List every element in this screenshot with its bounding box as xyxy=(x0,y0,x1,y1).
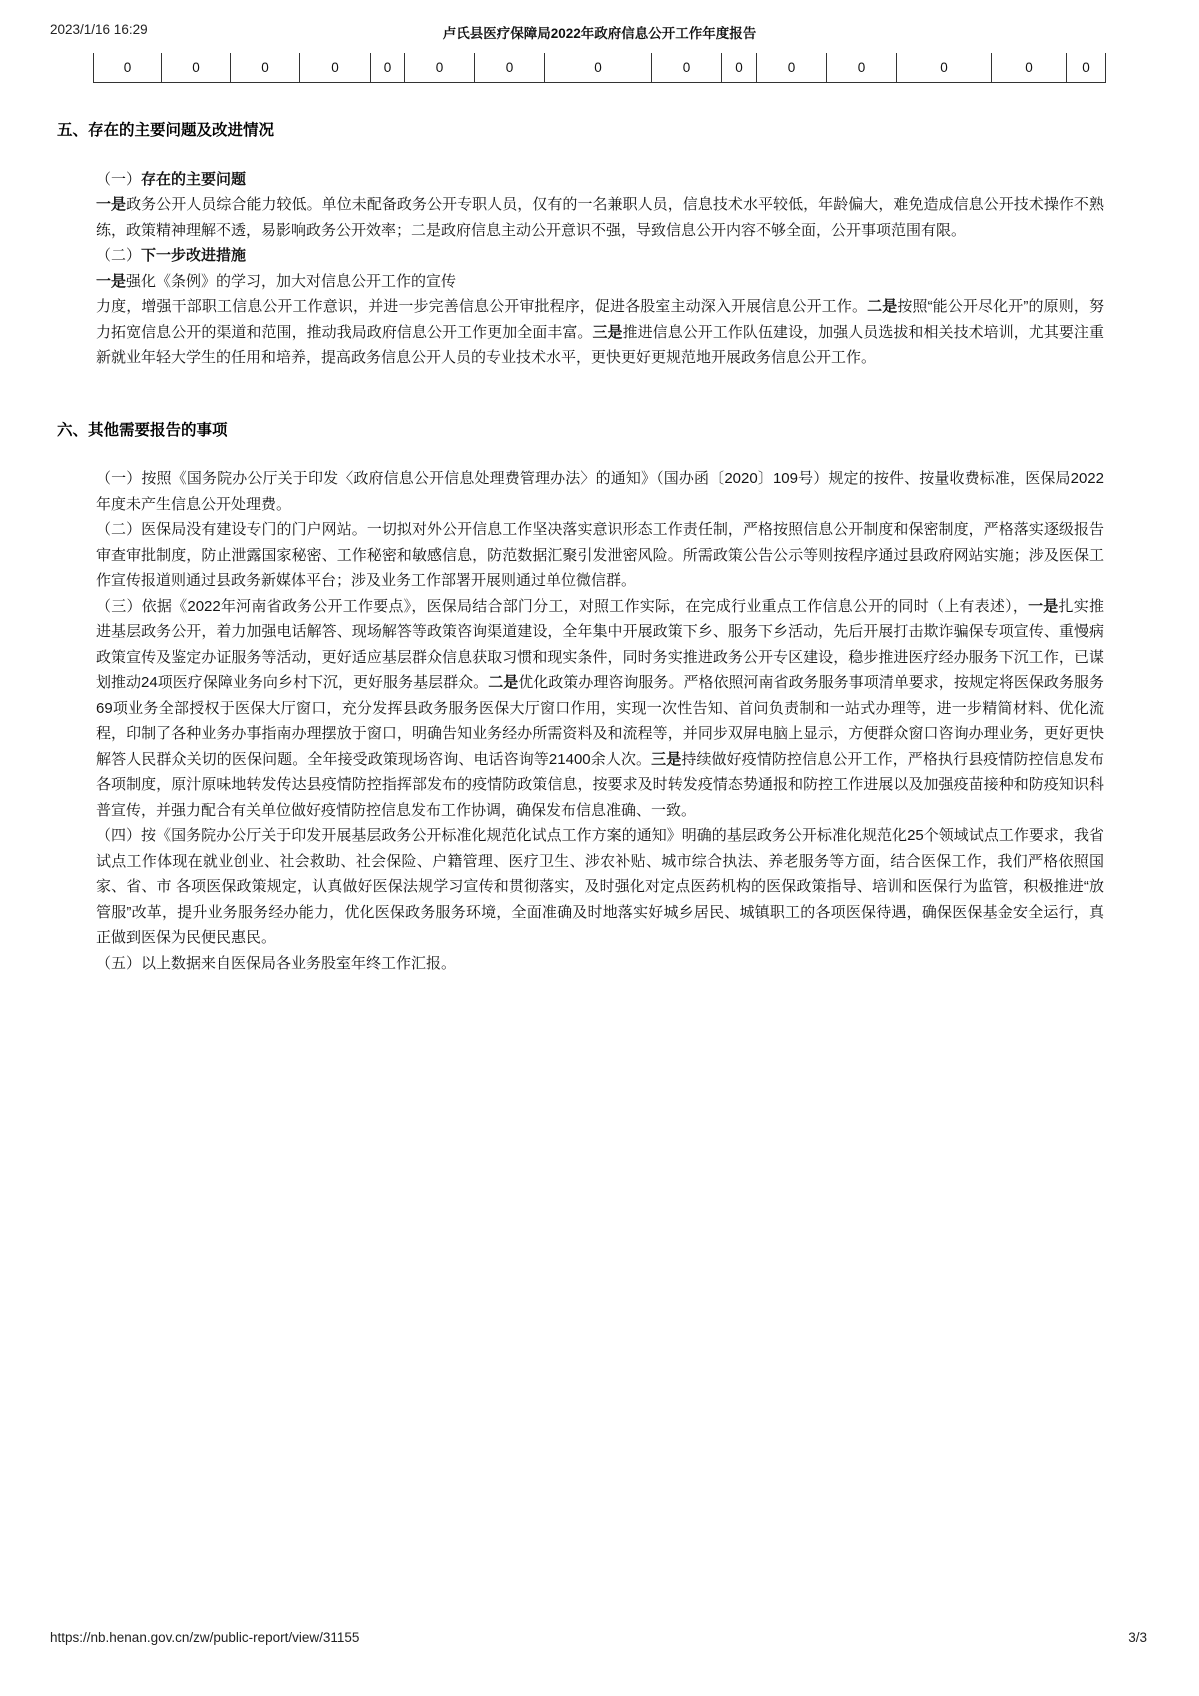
text-segment: （四）按《国务院办公厅关于印发开展基层政务公开标准化规范化试点工作方案的通知》明… xyxy=(96,827,1104,946)
text-segment: （五）以上数据来自医保局各业务股室年终工作汇报。 xyxy=(96,955,456,972)
text-segment: （一）按照《国务院办公厅关于印发〈政府信息公开信息处理费管理办法〉的通知》（国办… xyxy=(96,470,1104,513)
section-5-subheading-2: （二）下一步改进措施 xyxy=(96,243,1104,269)
text-segment: 一是 xyxy=(96,273,126,290)
document-body: 五、存在的主要问题及改进情况 （一）存在的主要问题 一是政务公开人员综合能力较低… xyxy=(0,82,1199,976)
text-segment: （三）依据《2022年河南省政务公开工作要点》，医保局结合部门分工，对照工作实际… xyxy=(96,598,1028,615)
text-segment: 一是 xyxy=(96,196,126,213)
section-5-heading: 五、存在的主要问题及改进情况 xyxy=(57,118,1104,144)
text-segment: 存在的主要问题 xyxy=(141,171,246,188)
section-6-item-1: （一）按照《国务院办公厅关于印发〈政府信息公开信息处理费管理办法〉的通知》（国办… xyxy=(96,466,1104,517)
table-cell: 0 xyxy=(545,53,652,82)
print-header: 2023/1/16 16:29 卢氏县医疗保障局2022年政府信息公开工作年度报… xyxy=(0,22,1199,42)
text-segment: 三是 xyxy=(592,324,622,341)
text-segment: （二） xyxy=(96,247,141,264)
report-page: 2023/1/16 16:29 卢氏县医疗保障局2022年政府信息公开工作年度报… xyxy=(0,0,1199,1696)
table-cell: 0 xyxy=(405,53,475,82)
section-5-paragraph-main-issues: 一是政务公开人员综合能力较低。单位未配备政务公开专职人员，仅有的一名兼职人员，信… xyxy=(96,192,1104,243)
text-segment: 一是 xyxy=(1028,598,1058,615)
table-cell: 0 xyxy=(1067,53,1106,82)
section-5-paragraph-improve-intro: 一是强化《条例》的学习，加大对信息公开工作的宣传 xyxy=(96,269,1104,295)
text-segment: 下一步改进措施 xyxy=(141,247,246,264)
table-cell: 0 xyxy=(475,53,545,82)
table-cell: 0 xyxy=(722,53,757,82)
section-6-item-5: （五）以上数据来自医保局各业务股室年终工作汇报。 xyxy=(96,951,1104,977)
section-6-heading: 六、其他需要报告的事项 xyxy=(57,418,1104,444)
text-segment: 三是 xyxy=(651,751,681,768)
text-segment: （一） xyxy=(96,171,141,188)
page-number: 3/3 xyxy=(1128,1630,1147,1645)
table-cell: 0 xyxy=(231,53,300,82)
text-segment: 力度，增强干部职工信息公开工作意识，并进一步完善信息公开审批程序，促进各股室主动… xyxy=(96,298,867,315)
source-url: https://nb.henan.gov.cn/zw/public-report… xyxy=(50,1630,359,1645)
table-cell: 0 xyxy=(992,53,1067,82)
table-cell: 0 xyxy=(897,53,992,82)
table-cell: 0 xyxy=(162,53,231,82)
text-segment: 强化《条例》的学习，加大对信息公开工作的宣传 xyxy=(126,273,456,290)
text-segment: 二是 xyxy=(867,298,897,315)
table-cell: 0 xyxy=(757,53,827,82)
section-6-item-2: （二）医保局没有建设专门的门户网站。一切拟对外公开信息工作坚决落实意识形态工作责… xyxy=(96,517,1104,594)
print-footer: https://nb.henan.gov.cn/zw/public-report… xyxy=(0,1630,1199,1648)
document-title: 卢氏县医疗保障局2022年政府信息公开工作年度报告 xyxy=(0,22,1199,42)
statistics-table-row: 0 0 0 0 0 0 0 0 0 0 0 0 0 0 0 xyxy=(93,53,1106,83)
table-cell: 0 xyxy=(93,53,162,82)
section-6-item-3: （三）依据《2022年河南省政务公开工作要点》，医保局结合部门分工，对照工作实际… xyxy=(96,594,1104,824)
text-segment: 二是 xyxy=(488,674,518,691)
section-5-paragraph-improve-body: 力度，增强干部职工信息公开工作意识，并进一步完善信息公开审批程序，促进各股室主动… xyxy=(96,294,1104,371)
text-segment: 政务公开人员综合能力较低。单位未配备政务公开专职人员，仅有的一名兼职人员，信息技… xyxy=(96,196,1104,239)
table-cell: 0 xyxy=(827,53,897,82)
table-cell: 0 xyxy=(652,53,722,82)
section-5-subheading-1: （一）存在的主要问题 xyxy=(96,167,1104,193)
table-cell: 0 xyxy=(371,53,405,82)
text-segment: （二）医保局没有建设专门的门户网站。一切拟对外公开信息工作坚决落实意识形态工作责… xyxy=(96,521,1104,589)
section-6-item-4: （四）按《国务院办公厅关于印发开展基层政务公开标准化规范化试点工作方案的通知》明… xyxy=(96,823,1104,951)
table-cell: 0 xyxy=(300,53,371,82)
